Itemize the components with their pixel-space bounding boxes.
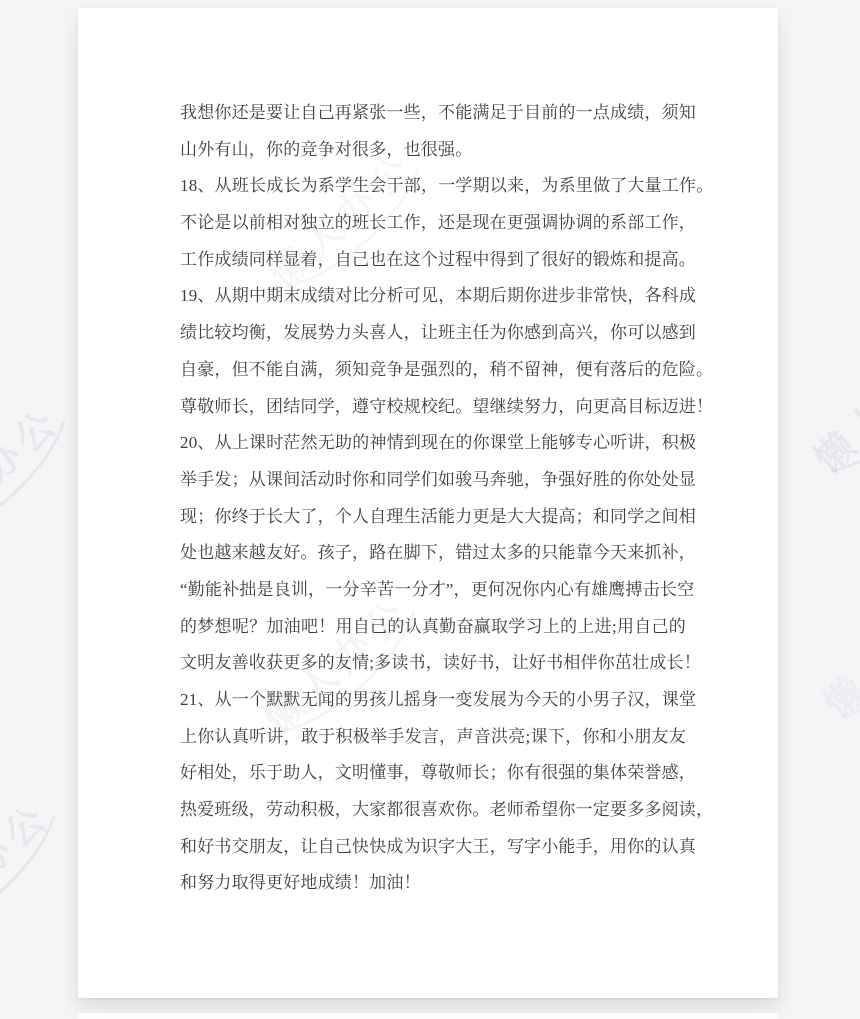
watermark: 懒人办公 <box>800 322 860 483</box>
text-line: 自豪，但不能自满，须知竞争是强烈的，稍不留神，便有落后的危险。 <box>180 352 686 389</box>
text-line: 现；你终于长大了，个人自理生活能力更是大大提高；和同学之间相 <box>180 499 686 536</box>
text-line: 和好书交朋友，让自己快快成为识字大王，写字小能手，用你的认真 <box>180 829 686 866</box>
text-line: 文明友善收获更多的友情;多读书，读好书，让好书相伴你茁壮成长！ <box>180 645 686 682</box>
text-line: 18、从班长成长为系学生会干部，一学期以来，为系里做了大量工作。 <box>180 168 686 205</box>
text-line: “勤能补拙是良训，一分辛苦一分才”，更何况你内心有雄鹰搏击长空 <box>180 572 686 609</box>
document-text: 我想你还是要让自己再紧张一些，不能满足于目前的一点成绩，须知 山外有山，你的竞争… <box>180 95 686 902</box>
text-line: 21、从一个默默无闻的男孩儿摇身一变发展为今天的小男子汉，课堂 <box>180 682 686 719</box>
text-line: 我想你还是要让自己再紧张一些，不能满足于目前的一点成绩，须知 <box>180 95 686 132</box>
text-line: 不论是以前相对独立的班长工作，还是现在更强调协调的系部工作， <box>180 205 686 242</box>
text-line: 20、从上课时茫然无助的神情到现在的你课堂上能够专心听讲，积极 <box>180 425 686 462</box>
text-line: 尊敬师长，团结同学，遵守校规校纪。望继续努力，向更高目标迈进！ <box>180 389 686 426</box>
text-line: 的梦想呢？加油吧！用自己的认真勤奋赢取学习上的上进;用自己的 <box>180 609 686 646</box>
next-page-edge <box>78 1013 778 1019</box>
text-line: 热爱班级，劳动积极，大家都很喜欢你。老师希望你一定要多多阅读， <box>180 792 686 829</box>
watermark: 懒人办公 <box>810 567 860 728</box>
text-line: 举手发；从课间活动时你和同学们如骏马奔驰，争强好胜的你处处显 <box>180 462 686 499</box>
watermark: 懒人办公 <box>0 392 70 553</box>
text-line: 好相处，乐于助人，文明懂事，尊敬师长；你有很强的集体荣誉感， <box>180 755 686 792</box>
text-line: 处也越来越友好。孩子，路在脚下，错过太多的只能靠今天来抓补， <box>180 535 686 572</box>
watermark: 懒人办公 <box>0 787 60 948</box>
text-line: 绩比较均衡，发展势力头喜人，让班主任为你感到高兴，你可以感到 <box>180 315 686 352</box>
text-line: 山外有山，你的竞争对很多，也很强。 <box>180 132 686 169</box>
app-background: { "page": { "background_color": "#f4f5f7… <box>0 0 860 1019</box>
text-line: 和努力取得更好地成绩！加油！ <box>180 865 686 902</box>
text-line: 上你认真听讲，敢于积极举手发言，声音洪亮;课下，你和小朋友友 <box>180 719 686 756</box>
text-line: 工作成绩同样显着，自己也在这个过程中得到了很好的锻炼和提高。 <box>180 242 686 279</box>
text-line: 19、从期中期末成绩对比分析可见，本期后期你进步非常快，各科成 <box>180 278 686 315</box>
